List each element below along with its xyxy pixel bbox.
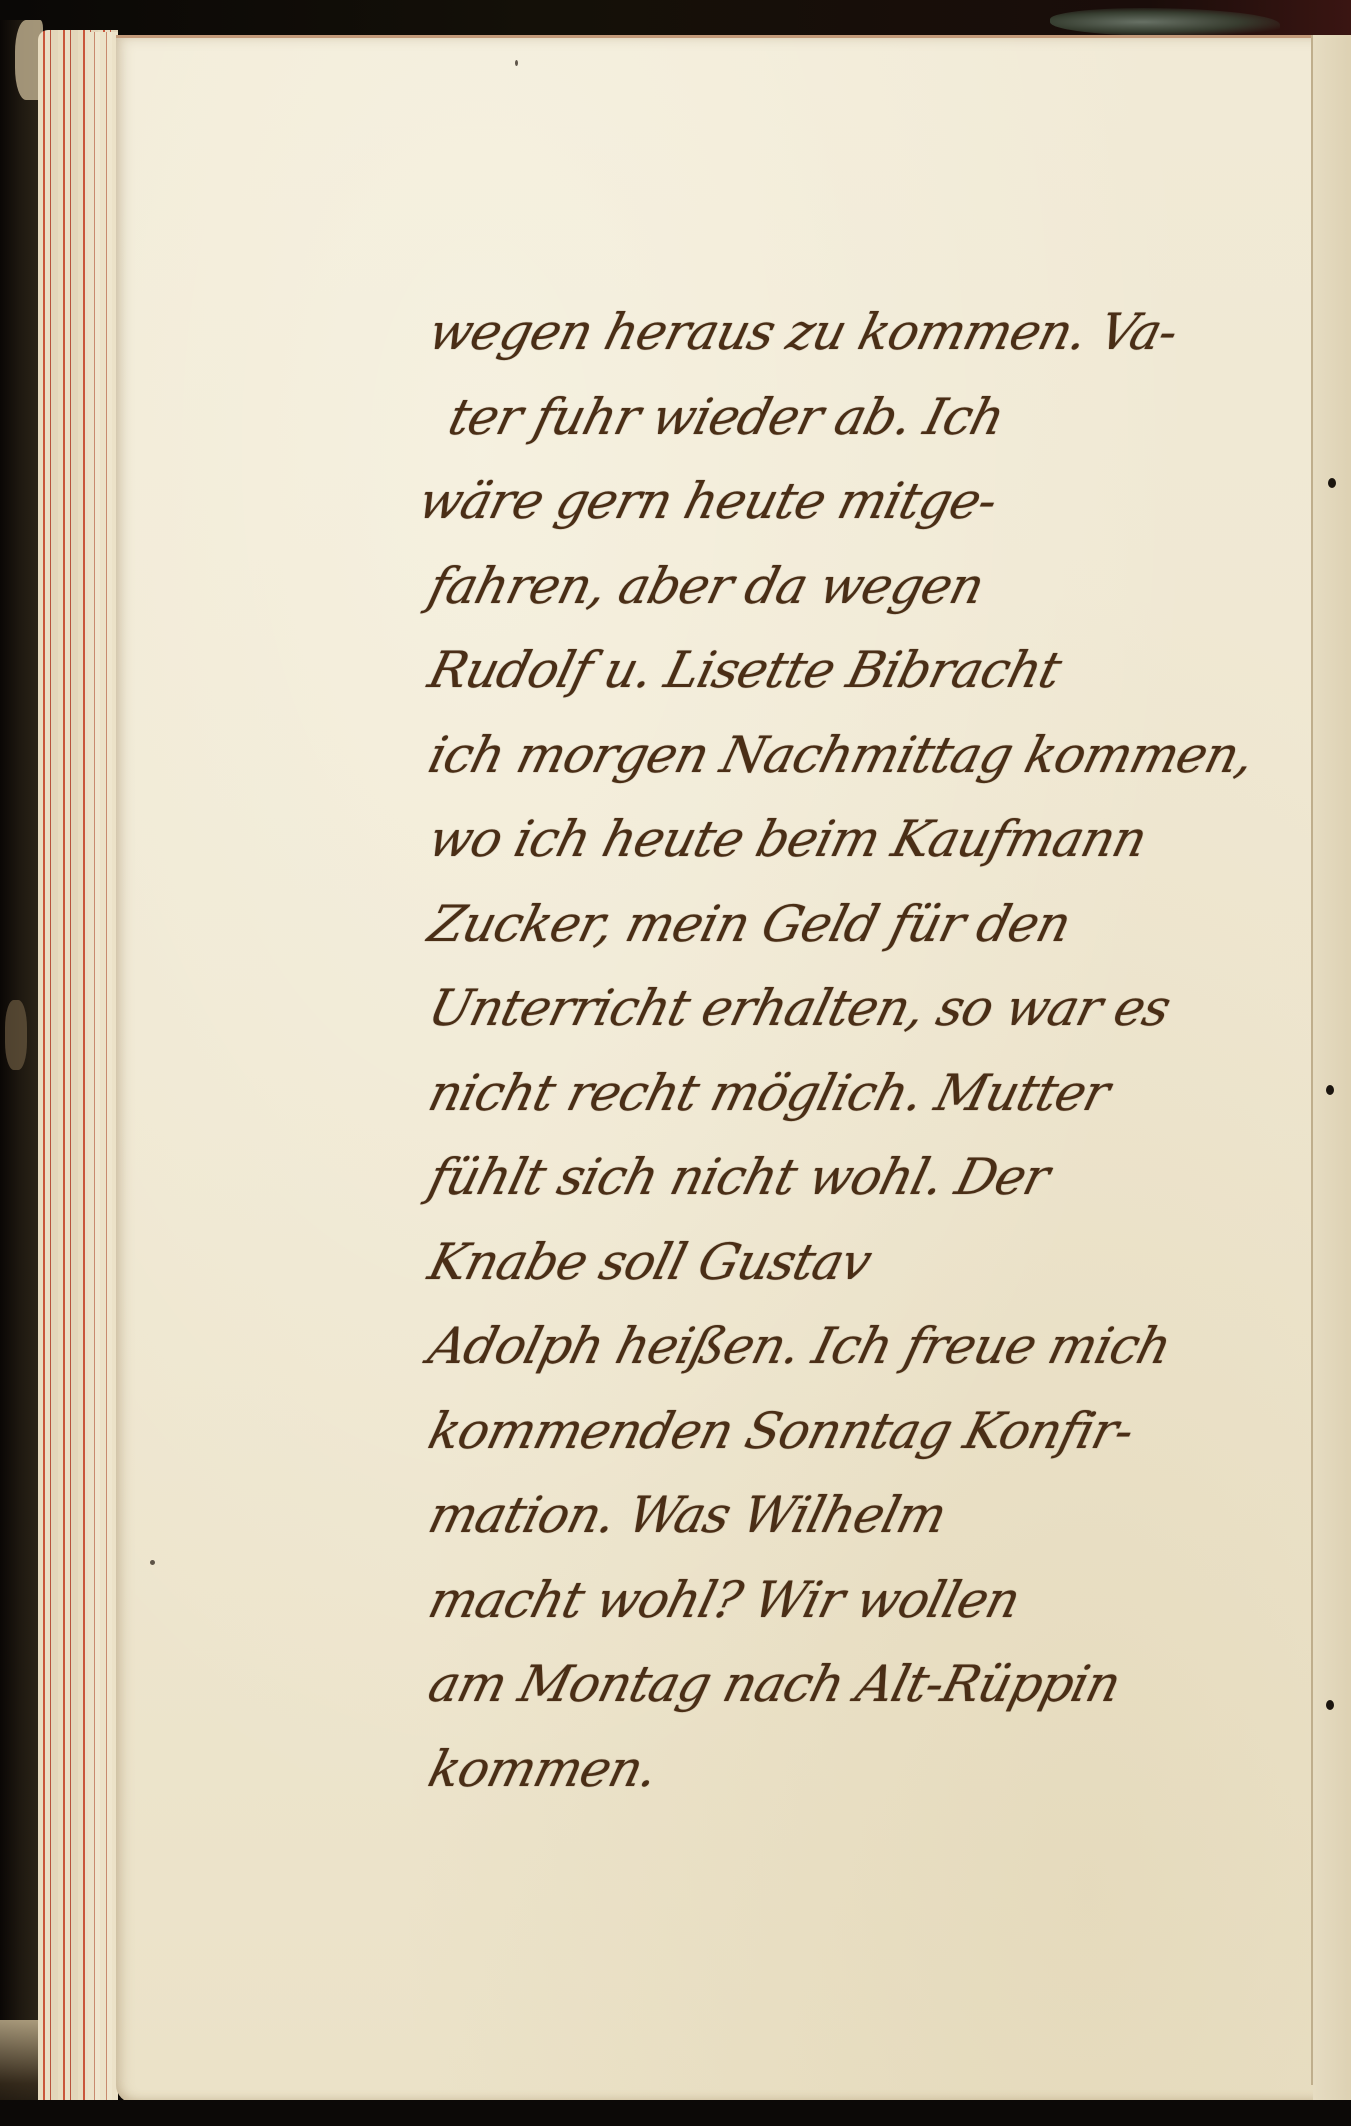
manuscript-scan: wegen heraus zu kommen. Va- ter fuhr wie… bbox=[0, 0, 1351, 2126]
paper-speck bbox=[515, 60, 518, 66]
stacked-page-edges-inner bbox=[88, 32, 118, 2108]
manuscript-line: wo ich heute beim Kaufmann bbox=[419, 797, 1260, 882]
manuscript-line: ich morgen Nachmittag kommen, bbox=[419, 713, 1260, 798]
cover-wear-middle bbox=[5, 1000, 27, 1070]
manuscript-line: am Montag nach Alt-Rüppin bbox=[419, 1642, 1260, 1727]
manuscript-line: ter fuhr wieder ab. Ich bbox=[419, 375, 1260, 460]
book-cover-bottom bbox=[0, 2100, 1351, 2126]
manuscript-line: nicht recht möglich. Mutter bbox=[419, 1051, 1260, 1136]
manuscript-line: kommen. bbox=[419, 1727, 1260, 1812]
paper-speck bbox=[150, 1560, 155, 1565]
manuscript-line: macht wohl? Wir wollen bbox=[419, 1558, 1260, 1643]
book-cover-spine bbox=[0, 20, 40, 2126]
manuscript-line: Unterricht erhalten, so war es bbox=[419, 966, 1260, 1051]
manuscript-line: Rudolf u. Lisette Bibracht bbox=[419, 628, 1260, 713]
manuscript-line: wegen heraus zu kommen. Va- bbox=[419, 290, 1260, 375]
manuscript-line: wäre gern heute mitge- bbox=[409, 459, 1260, 544]
binding-hole bbox=[1326, 1085, 1334, 1095]
manuscript-line: mation. Was Wilhelm bbox=[419, 1473, 1260, 1558]
manuscript-line: Zucker, mein Geld für den bbox=[419, 882, 1260, 967]
manuscript-line: fühlt sich nicht wohl. Der bbox=[419, 1135, 1260, 1220]
manuscript-line: kommenden Sonntag Konfir- bbox=[419, 1389, 1260, 1474]
manuscript-line: fahren, aber da wegen bbox=[419, 544, 1260, 629]
manuscript-line: Knabe soll Gustav bbox=[419, 1220, 1260, 1305]
facing-page-strip bbox=[1313, 35, 1351, 2105]
binding-hole bbox=[1328, 478, 1336, 488]
handwritten-text-block: wegen heraus zu kommen. Va- ter fuhr wie… bbox=[430, 290, 1250, 1811]
manuscript-line: Adolph heißen. Ich freue mich bbox=[419, 1304, 1260, 1389]
binding-hole bbox=[1326, 1700, 1334, 1710]
